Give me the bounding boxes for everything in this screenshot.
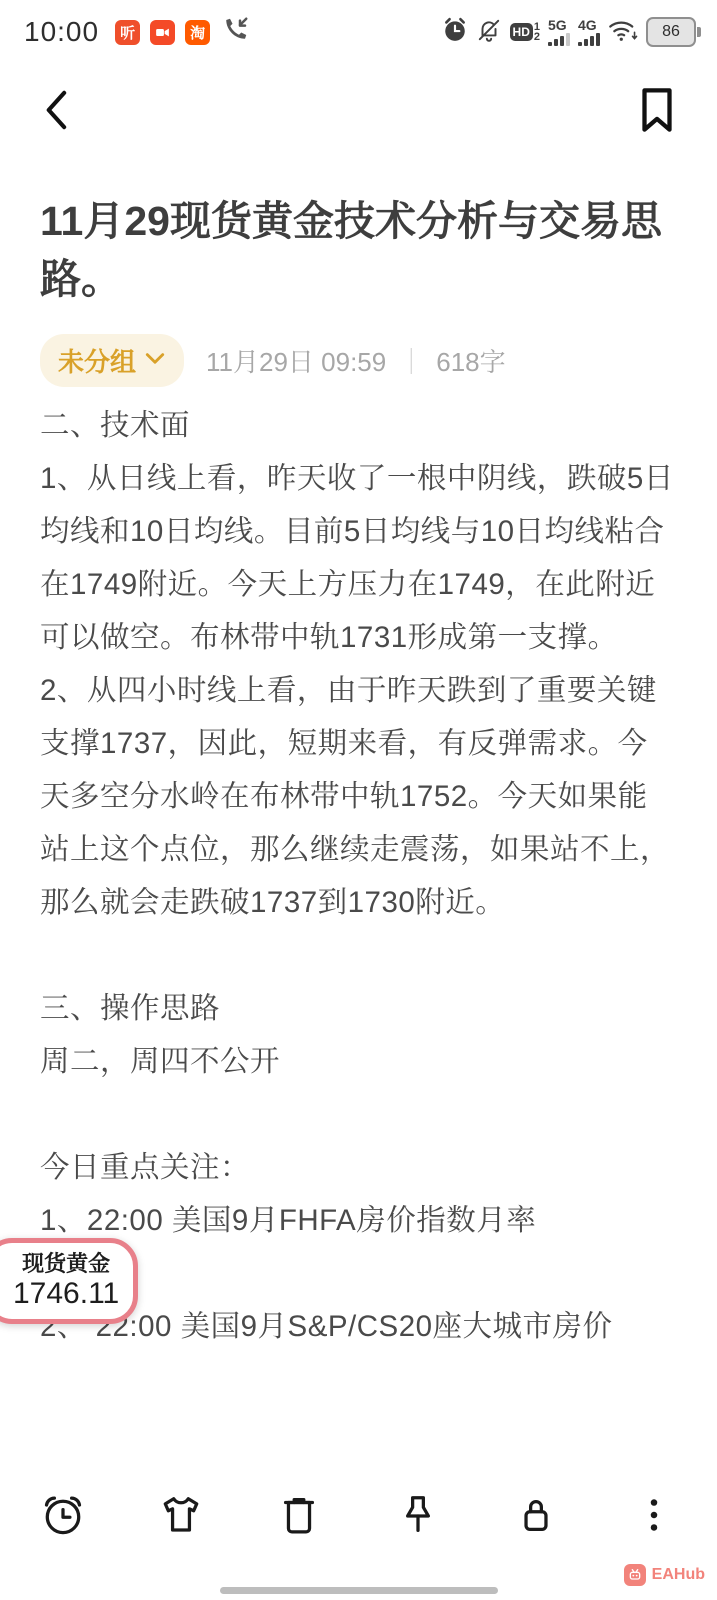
status-bar-right: HD 1 2 5G 4G [442, 17, 701, 48]
skin-theme-button[interactable] [158, 1492, 204, 1538]
lock-icon [513, 1492, 559, 1538]
hd-volte-icon: HD 1 2 [510, 22, 540, 42]
listen-app-icon: 听 [115, 20, 140, 45]
reminder-button[interactable] [40, 1492, 86, 1538]
note-paragraph: 1、22:00 美国9月FHFA房价指数月率 [40, 1194, 677, 1247]
alarm-clock-icon [40, 1492, 86, 1538]
note-meta-text: 11月29日 09:59 ｜ 618字 [206, 342, 506, 379]
meta-separator: ｜ [398, 342, 424, 379]
note-paragraph [40, 929, 677, 982]
robot-icon [624, 1564, 646, 1586]
status-bar: 10:00 听 淘 [0, 0, 717, 58]
group-tag-label: 未分组 [58, 342, 136, 379]
wifi-icon [608, 17, 638, 48]
note-paragraph: 三、操作思路 [40, 982, 677, 1035]
back-button[interactable] [38, 86, 80, 137]
battery-percent: 86 [662, 23, 680, 41]
watermark: EAHub [624, 1564, 705, 1586]
pin-button[interactable] [395, 1492, 441, 1538]
pushpin-icon [395, 1492, 441, 1538]
bookmark-button[interactable] [635, 85, 679, 138]
note-date: 11月29日 09:59 [206, 342, 386, 379]
chevron-down-icon [144, 351, 166, 370]
status-time: 10:00 [24, 16, 99, 48]
signal-5g-icon: 5G [548, 18, 570, 46]
phone-screen: 10:00 听 淘 [0, 0, 717, 1600]
video-app-icon [150, 20, 175, 45]
bottom-toolbar [0, 1492, 717, 1538]
spot-gold-price-widget[interactable]: 现货黄金 1746.11 [0, 1238, 138, 1324]
delete-button[interactable] [276, 1492, 322, 1538]
note-paragraph: 二、技术面 [40, 399, 677, 452]
incoming-call-icon [220, 15, 250, 50]
taobao-app-glyph: 淘 [190, 22, 205, 43]
note-paragraph: 周二，周四不公开 [40, 1035, 677, 1088]
hd-badge: HD [510, 23, 533, 41]
lock-button[interactable] [513, 1492, 559, 1538]
home-indicator[interactable] [220, 1587, 498, 1594]
note-paragraph: 2、从四小时线上看，由于昨天跌到了重要关键支撑1737，因此，短期来看，有反弹需… [40, 664, 677, 929]
more-kebab-icon [631, 1492, 677, 1538]
battery-icon: 86 [646, 17, 701, 47]
group-tag-dropdown[interactable]: 未分组 [40, 334, 184, 387]
trash-icon [276, 1492, 322, 1538]
sim2-label: 2 [534, 32, 540, 42]
note-paragraph: 今日重点关注： [40, 1141, 677, 1194]
mute-bell-icon [476, 17, 502, 48]
price-widget-label: 现货黄金 [13, 1251, 119, 1277]
signal-4g-icon: 4G [578, 18, 600, 46]
note-title: 11月29现货黄金技术分析与交易思路。 [40, 192, 677, 308]
network-5g-label: 5G [548, 18, 567, 32]
network-4g-label: 4G [578, 18, 597, 32]
status-bar-left: 10:00 听 淘 [24, 15, 250, 50]
watermark-brand: EAHub [652, 1566, 705, 1584]
alarm-icon [442, 17, 468, 48]
note-word-count: 618字 [436, 342, 505, 379]
taobao-app-icon: 淘 [185, 20, 210, 45]
note-paragraph: 1、从日线上看，昨天收了一根中阴线，跌破5日均线和10日均线。目前5日均线与10… [40, 452, 677, 664]
listen-app-glyph: 听 [120, 22, 135, 43]
nav-bar [0, 72, 717, 150]
note-content: 11月29现货黄金技术分析与交易思路。 未分组 11月29日 09:59 ｜ 6… [0, 150, 717, 1353]
note-meta-row: 未分组 11月29日 09:59 ｜ 618字 [40, 334, 677, 387]
back-chevron-icon [38, 86, 80, 137]
price-widget-value: 1746.11 [13, 1277, 119, 1311]
note-paragraph: 2、 22:00 美国9月S&P/CS20座大城市房价 [40, 1300, 677, 1353]
note-body[interactable]: 二、技术面1、从日线上看，昨天收了一根中阴线，跌破5日均线和10日均线。目前5日… [40, 399, 677, 1353]
more-button[interactable] [631, 1492, 677, 1538]
tshirt-skin-icon [158, 1492, 204, 1538]
bookmark-icon [635, 85, 679, 138]
note-paragraph [40, 1088, 677, 1141]
